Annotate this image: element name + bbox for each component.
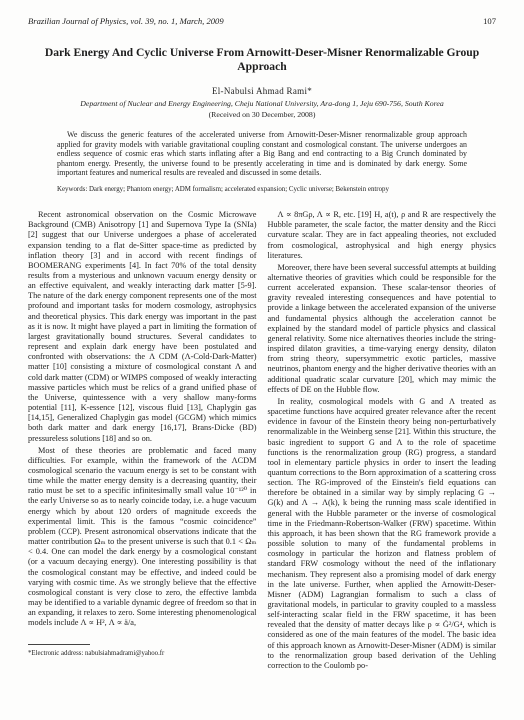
body-columns: Recent astronomical observation on the C…: [28, 210, 496, 671]
keywords-line: Keywords: Dark energy; Phantom energy; A…: [57, 186, 467, 194]
left-column: Recent astronomical observation on the C…: [28, 210, 257, 671]
author-name: El-Nabulsi Ahmad Rami*: [0, 86, 524, 96]
paragraph: In reality, cosmological models with G a…: [268, 397, 497, 671]
journal-name: Brazilian Journal of Physics, vol. 39, n…: [28, 16, 224, 26]
paragraph: Λ ∝ 8πGρ, Λ ∝ R, etc. [19] H, a(t), ρ an…: [268, 210, 497, 261]
right-column: Λ ∝ 8πGρ, Λ ∝ R, etc. [19] H, a(t), ρ an…: [268, 210, 497, 671]
footnote: *Electronic address: nabulsiahmadrami@ya…: [28, 650, 257, 658]
abstract: We discuss the generic features of the a…: [57, 130, 467, 178]
received-date: (Received on 30 December, 2008): [0, 110, 524, 119]
running-head: Brazilian Journal of Physics, vol. 39, n…: [28, 16, 496, 26]
paper-page: Brazilian Journal of Physics, vol. 39, n…: [0, 0, 524, 720]
paragraph: Recent astronomical observation on the C…: [28, 210, 257, 444]
paragraph: Most of these theories are problematic a…: [28, 446, 257, 629]
paragraph: Moreover, there have been several succes…: [268, 263, 497, 395]
page-number: 107: [483, 16, 496, 26]
abstract-text: We discuss the generic features of the a…: [57, 130, 467, 177]
paper-title: Dark Energy And Cyclic Universe From Arn…: [20, 46, 504, 75]
affiliation: Department of Nuclear and Energy Enginee…: [0, 99, 524, 108]
footnote-rule: [28, 644, 90, 645]
